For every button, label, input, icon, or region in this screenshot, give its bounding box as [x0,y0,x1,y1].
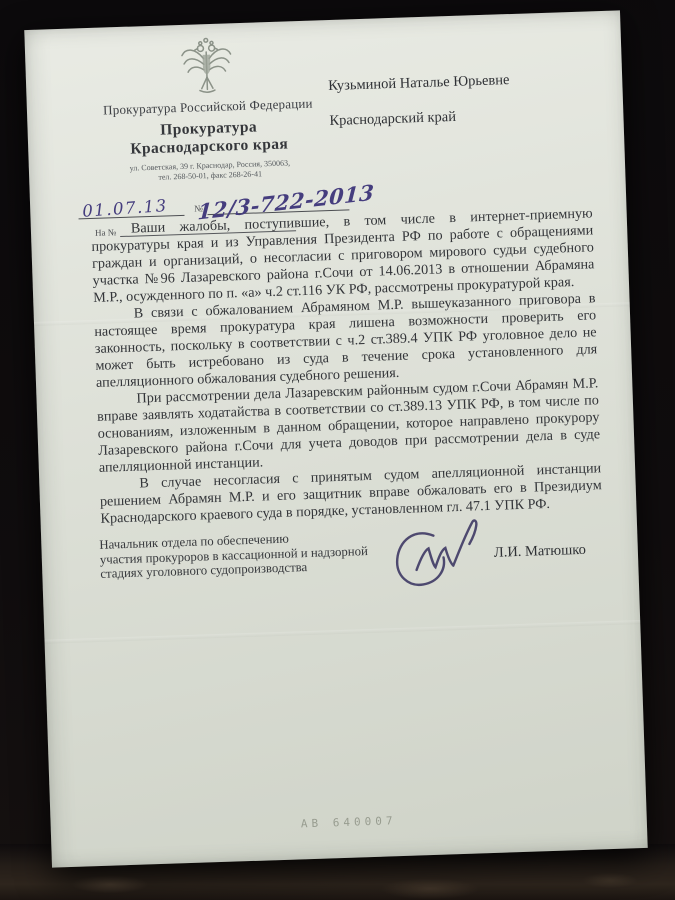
letter-document: Прокуратура Российской Федерации Прокура… [24,10,647,867]
form-number-stamp: АВ 640007 [51,806,647,839]
date-number-row: 01.07.13 № 12/3-722-2013 [70,186,353,219]
reply-ref-label: На № [95,227,117,238]
russian-coat-of-arms-icon [65,31,349,98]
handwritten-date: 01.07.13 [82,196,169,221]
signer-position: Начальник отдела по обеспечению участия … [99,527,436,582]
letter-body: Ваши жалобы, поступившие, в том числе в … [91,205,603,527]
letterhead-left-column: Прокуратура Российской Федерации Прокура… [65,31,353,238]
handwritten-signature [391,517,494,598]
signature-block: Начальник отдела по обеспечению участия … [41,516,640,642]
photo-background: Прокуратура Российской Федерации Прокура… [0,0,675,900]
letterhead: Прокуратура Российской Федерации Прокура… [24,10,626,214]
signer-name: Л.И. Матюшко [494,542,587,562]
addressee-name: Кузьминой Наталье Юрьевне [328,69,594,95]
number-blank-line: 12/3-722-2013 [206,187,349,215]
paragraph-2: В связи с обжалованием Абрамяном М.Р. вы… [93,290,598,392]
addressee-block: Кузьминой Наталье Юрьевне Краснодарский … [328,69,596,130]
date-blank-line: 01.07.13 [78,193,185,220]
paragraph-3: При рассмотрении дела Лазаревским районн… [96,375,601,477]
addressee-region: Краснодарский край [329,104,595,130]
